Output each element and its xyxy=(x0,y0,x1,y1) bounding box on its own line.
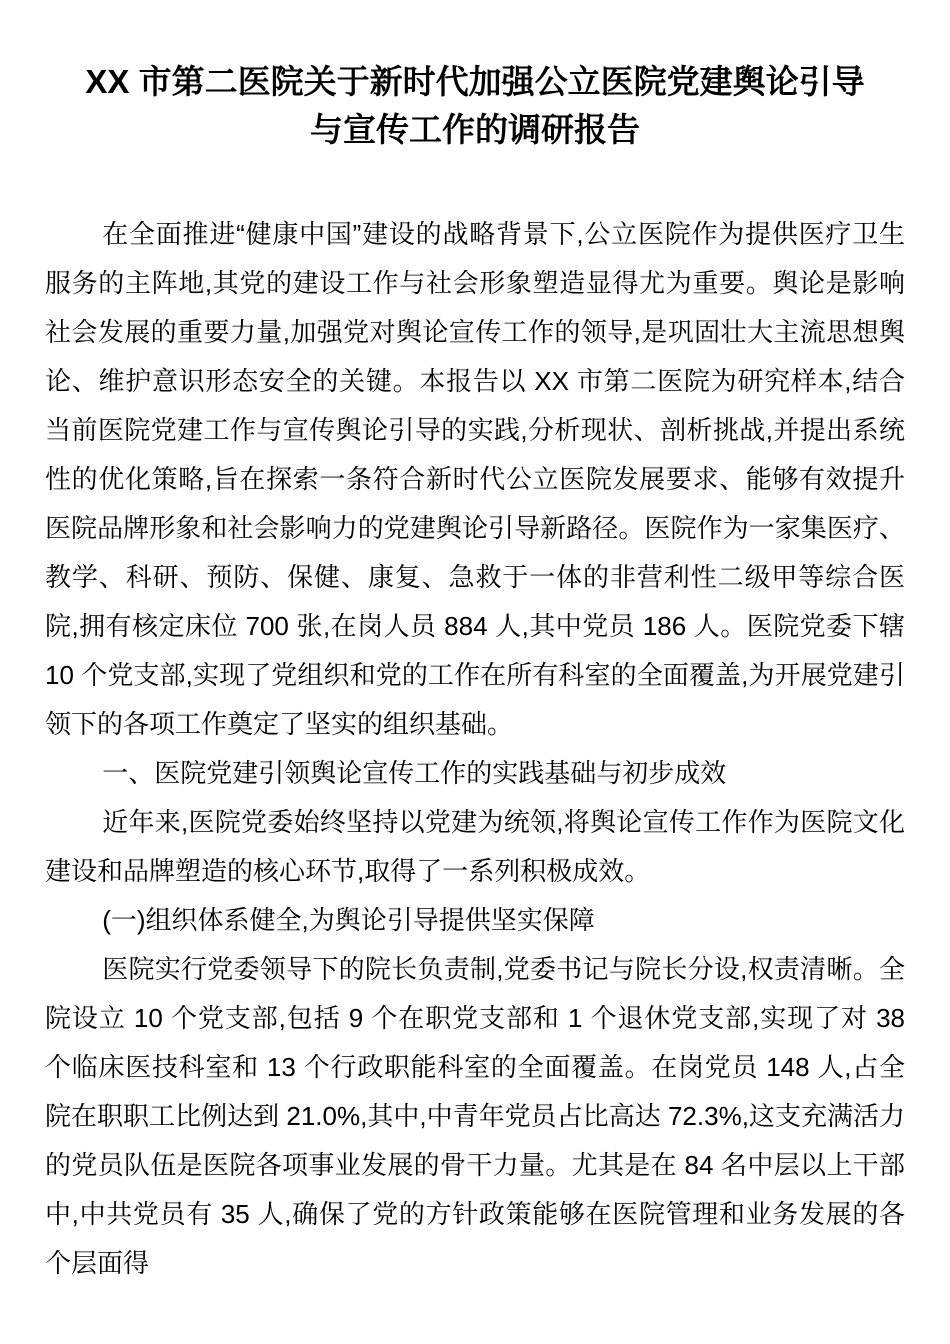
subsection-1-1-paragraph: 医院实行党委领导下的院长负责制,党委书记与院长分设,权责清晰。全院设立 10 个… xyxy=(45,945,905,1288)
document-page: XX 市第二医院关于新时代加强公立医院党建舆论引导与宣传工作的调研报告 在全面推… xyxy=(0,0,950,1344)
intro-paragraph: 在全面推进“健康中国”建设的战略背景下,公立医院作为提供医疗卫生服务的主阵地,其… xyxy=(45,210,905,749)
section-1-heading: 一、医院党建引领舆论宣传工作的实践基础与初步成效 xyxy=(45,749,905,798)
subsection-1-1-heading: (一)组织体系健全,为舆论引导提供坚实保障 xyxy=(45,896,905,945)
section-1-intro-paragraph: 近年来,医院党委始终坚持以党建为统领,将舆论宣传工作作为医院文化建设和品牌塑造的… xyxy=(45,798,905,896)
document-title: XX 市第二医院关于新时代加强公立医院党建舆论引导与宣传工作的调研报告 xyxy=(75,58,875,154)
